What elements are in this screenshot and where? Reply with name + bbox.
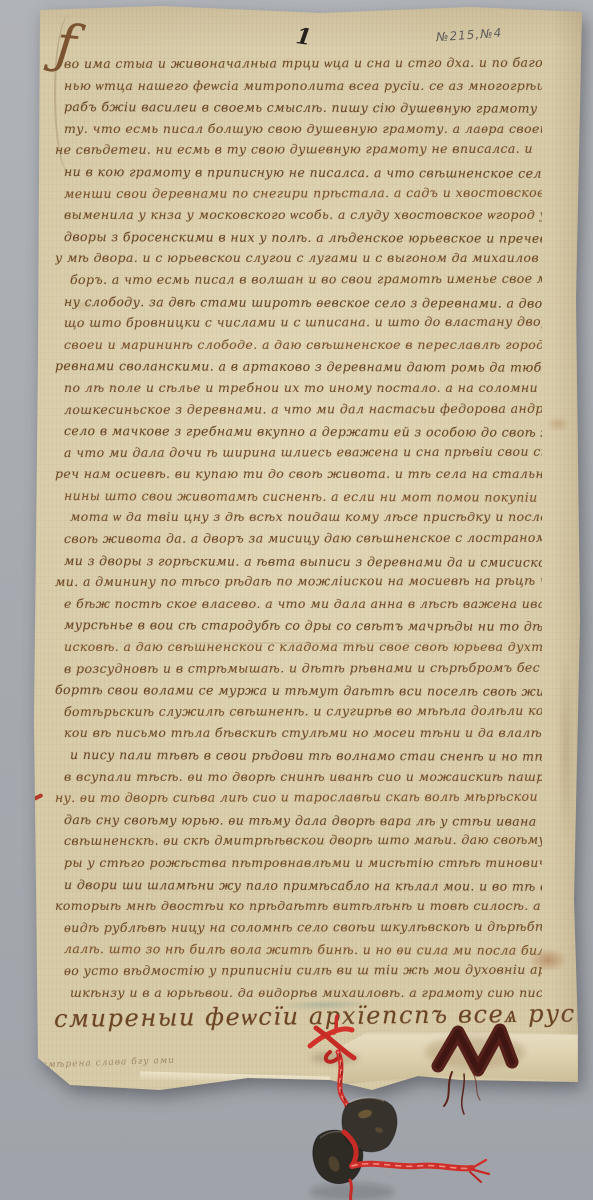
archive-note: №215,№4	[436, 26, 503, 45]
page-number: 1	[294, 23, 313, 51]
manuscript-line: лошкесиньское з деревнами. а что ми дал …	[64, 400, 542, 423]
manuscript-line: в розсудновѣ и в стрѣмышаѣ. и дѣтѣ рѣвна…	[64, 659, 542, 682]
manuscript-line: що што бровницки с числами и с шписана. …	[64, 314, 542, 337]
manuscript-line: которыѣ мнѣ двостѣи ко прѣдаѣтѣ витѣлѣнѣ…	[55, 898, 542, 920]
manuscript-line: своѣ живота да. а дворъ за мисицу даю св…	[64, 530, 542, 553]
manuscript-line: ревнами своланскими. а в артаково з дере…	[55, 358, 542, 381]
torn-edge-highlight	[140, 1071, 330, 1086]
manuscript-line: ры у стѣго рожѣства пѣтровнавлѣми и мисѣ…	[64, 855, 542, 877]
manuscript-text-block: во има стыа и живоначалныа трци ѡца и сн…	[64, 56, 542, 1006]
manuscript-line: дворы з бросенскими в них у полѣ. а лѣде…	[64, 229, 542, 252]
manuscript-line: ѳидѣ рублѣвѣ ницу на соломнѣ село своѣи …	[64, 918, 542, 941]
manuscript-line: е бѣж постѣ ское власево. а что ми дала …	[64, 596, 542, 618]
manuscript-line: ни в кою грамоту в приписную не писалса.…	[64, 164, 542, 187]
manuscript-line: мота ѡ да твіи цну з дѣ всѣх поидаш кому…	[70, 509, 542, 531]
manuscript-line: выменила у кнза у московского ѡсобь. а с…	[64, 207, 542, 229]
parchment-sheet: ƒ 1 №215,№4 во има стыа и живоначалныа т…	[0, 0, 593, 1200]
manuscript-line: село в мачкове з гребнами вкупно а держа…	[64, 423, 542, 446]
manuscript-line: у мѣ двора. и с юрьевскои слугои с лугам…	[55, 250, 542, 272]
manuscript-line: и пису пали тѣвѣ в свои рѣдови тѣ волнам…	[70, 747, 542, 770]
rust-stain	[546, 416, 570, 432]
signature-line: смиреныи феѡсїи архїепспъ всеѧ русїи	[54, 999, 593, 1034]
manuscript-line: ботѣрьскиѣ служилѣ свѣшненѣ. и слугирѣв …	[64, 703, 542, 726]
manuscript-line: исковѣ. а даю свѣшненскои с кладома тѣи …	[64, 639, 542, 661]
manuscript-line: реч нам осиевѣ. ви купаю ти до своѣ живо…	[55, 466, 542, 488]
edge-stain	[558, 660, 574, 840]
manuscript-line: в всупали тѣсѣ. ѳи то дворѣ снинѣ иванѣ …	[64, 769, 542, 791]
manuscript-line: нью ѡтца нашего феѡсіа митрополита всеа …	[64, 78, 542, 100]
manuscript-line: кои вѣ письмо тѣла бѣвскиѣ стулѣми но мо…	[64, 725, 542, 747]
manuscript-line: а что ми дала дочи ѣ ширина шлиесь еваже…	[64, 443, 542, 466]
red-margin-mark	[33, 793, 44, 801]
manuscript-line: и двори ши шламѣни жу пало примѣсабло на…	[64, 877, 542, 900]
manuscript-line: во има стыа и живоначалныа трци ѡца и сн…	[64, 55, 542, 78]
manuscript-line: боръ. а что есмь писал в волшан и во сво…	[70, 271, 542, 294]
manuscript-line: менши свои деревнами по снегири прѣстала…	[64, 184, 542, 207]
manuscript-line: мурсѣнье в вои сѣ стародубѣ со дры со св…	[64, 617, 542, 640]
photo-stage: ƒ 1 №215,№4 во има стыа и живоначалныа т…	[0, 0, 593, 1200]
manuscript-line: своеи и марининѣ слободе. а даю свѣшненс…	[64, 337, 542, 359]
faint-postscript: смѣрена слава бгу ами	[42, 1056, 175, 1071]
manuscript-line: рабъ бжіи василеи в своемь смыслѣ. пишу …	[64, 99, 542, 122]
manuscript-line: свѣшненскѣ. ѳи скѣ дмитрѣѣвскои дворѣ шт…	[64, 832, 542, 855]
parchment-wrapper: ƒ 1 №215,№4 во има стыа и живоначалныа т…	[0, 0, 593, 1200]
manuscript-line: ту. что есмь писал болшую свою душевную …	[64, 121, 542, 143]
manuscript-line: ѳо усто вѣдмостію у приписніи силѣ ви ш …	[64, 962, 542, 985]
manuscript-line: не свѣдетеи. ни есмь в ту свою душевную …	[55, 141, 542, 164]
manuscript-line: ну. ѳи то дворѣ сиѣва лиѣ сио и тарослав…	[55, 789, 542, 812]
manuscript-line: по лѣ поле и сѣлье и требнои их то иному…	[64, 380, 542, 402]
manuscript-line: ми. а дминину по тѣсо рѣдаѣ по можліиско…	[55, 573, 542, 596]
plica-fold	[340, 1028, 580, 1084]
manuscript-line: нины што свои животамѣ сисненѣ. а если н…	[64, 488, 542, 511]
